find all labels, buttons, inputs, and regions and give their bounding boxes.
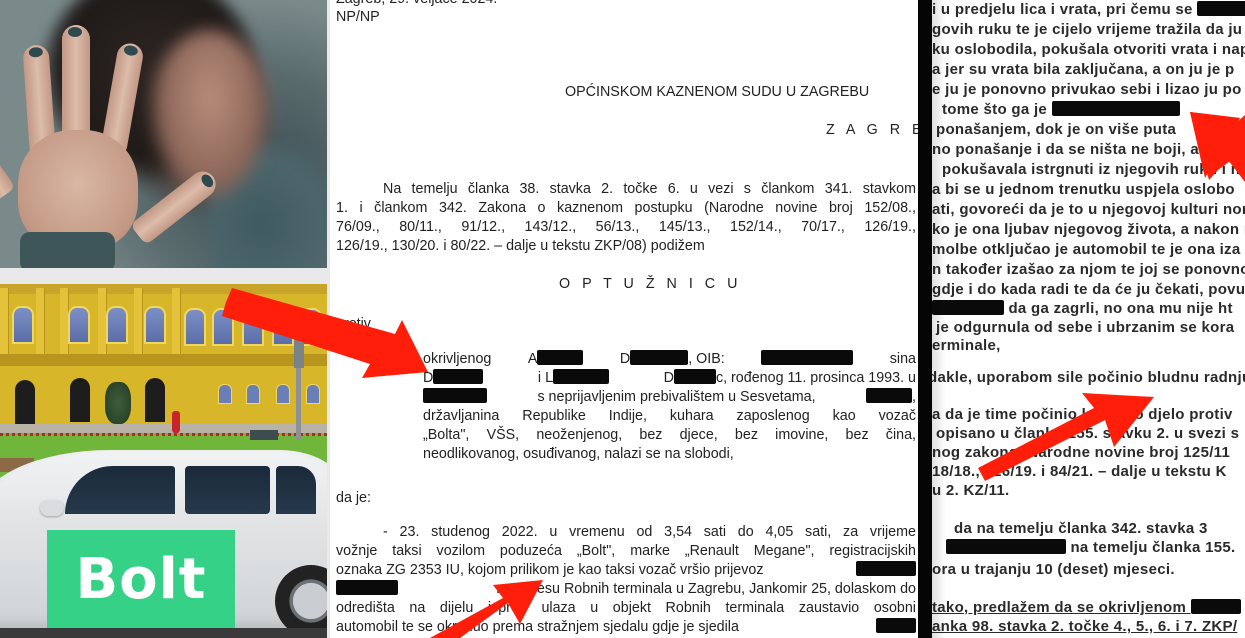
defendant-line-5: „Bolta", VŠS, neoženjenog, bez djece, be… [423,426,916,445]
finger-shape [0,114,16,203]
facts-line: - 23. studenog 2022. u vremenu od 3,54 s… [383,523,916,542]
intro-line: Na temelju članka 38. stavka 2. točke 6.… [383,180,916,199]
cuff-shape [20,232,115,268]
redaction [674,369,716,384]
facts-line: automobil te se okrenuo prema stražnjem … [336,618,916,637]
bolt-logo-text: Bolt [75,547,206,612]
document-title: O P T U Ž N I C U [559,275,741,294]
redaction [433,369,483,384]
defendant-line-4: državljanina Republike Indije, kuhara za… [423,407,916,426]
intro-line: 126/19., 130/20. i 80/22. – dalje u teks… [336,237,916,256]
bolt-logo: Bolt [47,530,235,628]
redaction [761,350,853,365]
facts-line: na adresu Robnih terminala u Zagrebu, Ja… [336,580,916,599]
pedestrian [172,411,180,433]
facts-line: vožnje taksi vozilom poduzeća „Bolt", ma… [336,542,916,561]
redaction [1197,1,1245,16]
redaction [1191,599,1241,614]
defendant-line-2: D i L Dc, rođenog 11. prosinca 1993. u [423,369,916,388]
redaction [866,388,912,403]
conclusion-line: dakle, uporabom sile počinio bludnu radn… [932,368,1245,388]
defendant-line-1: okrivljenog A D, OIB: sina [423,350,916,369]
redaction [423,388,487,403]
victim-hand-stop-photo [0,0,327,268]
intro-line: 76/09., 80/11., 91/12., 143/12., 56/13.,… [336,218,916,237]
against-label: protiv [336,315,371,334]
redaction [336,580,398,595]
redaction [856,561,916,576]
court-addressee: OPĆINSKOM KAZNENOM SUDU U ZAGREBU [565,83,869,102]
indictment-page-2: i u predjelu lica i vrata, pri čemu se g… [932,0,1245,638]
redaction [537,350,583,365]
defendant-line-3: s neprijavljenim prebivalištem u Sesveta… [423,388,916,407]
photo-column: Bolt [0,0,330,638]
redaction [553,369,609,384]
facts-line: oznaka ZG 2353 IU, kojom prilikom je kao… [336,561,916,580]
defendant-line-6: neodlikovanog, osuđivanog, nalazi se na … [423,445,734,464]
redaction [1052,101,1180,116]
redaction [630,350,688,365]
facts-line: odredišta na dijelu ispred ulaza u objek… [336,599,916,618]
indictment-page-1: Zagreb, 29. veljače 2024. NP/NP OPĆINSKO… [330,0,920,638]
court-city: Z A G R E B [826,121,920,140]
zagreb-building-photo [0,284,327,454]
redaction [946,539,1066,554]
intro-line: 1. i člankom 342. Zakona o kaznenom post… [336,199,916,218]
redaction [876,618,916,633]
document-reference: NP/NP [336,8,380,27]
da-je-label: da je: [336,489,371,508]
panel-divider [918,0,932,638]
